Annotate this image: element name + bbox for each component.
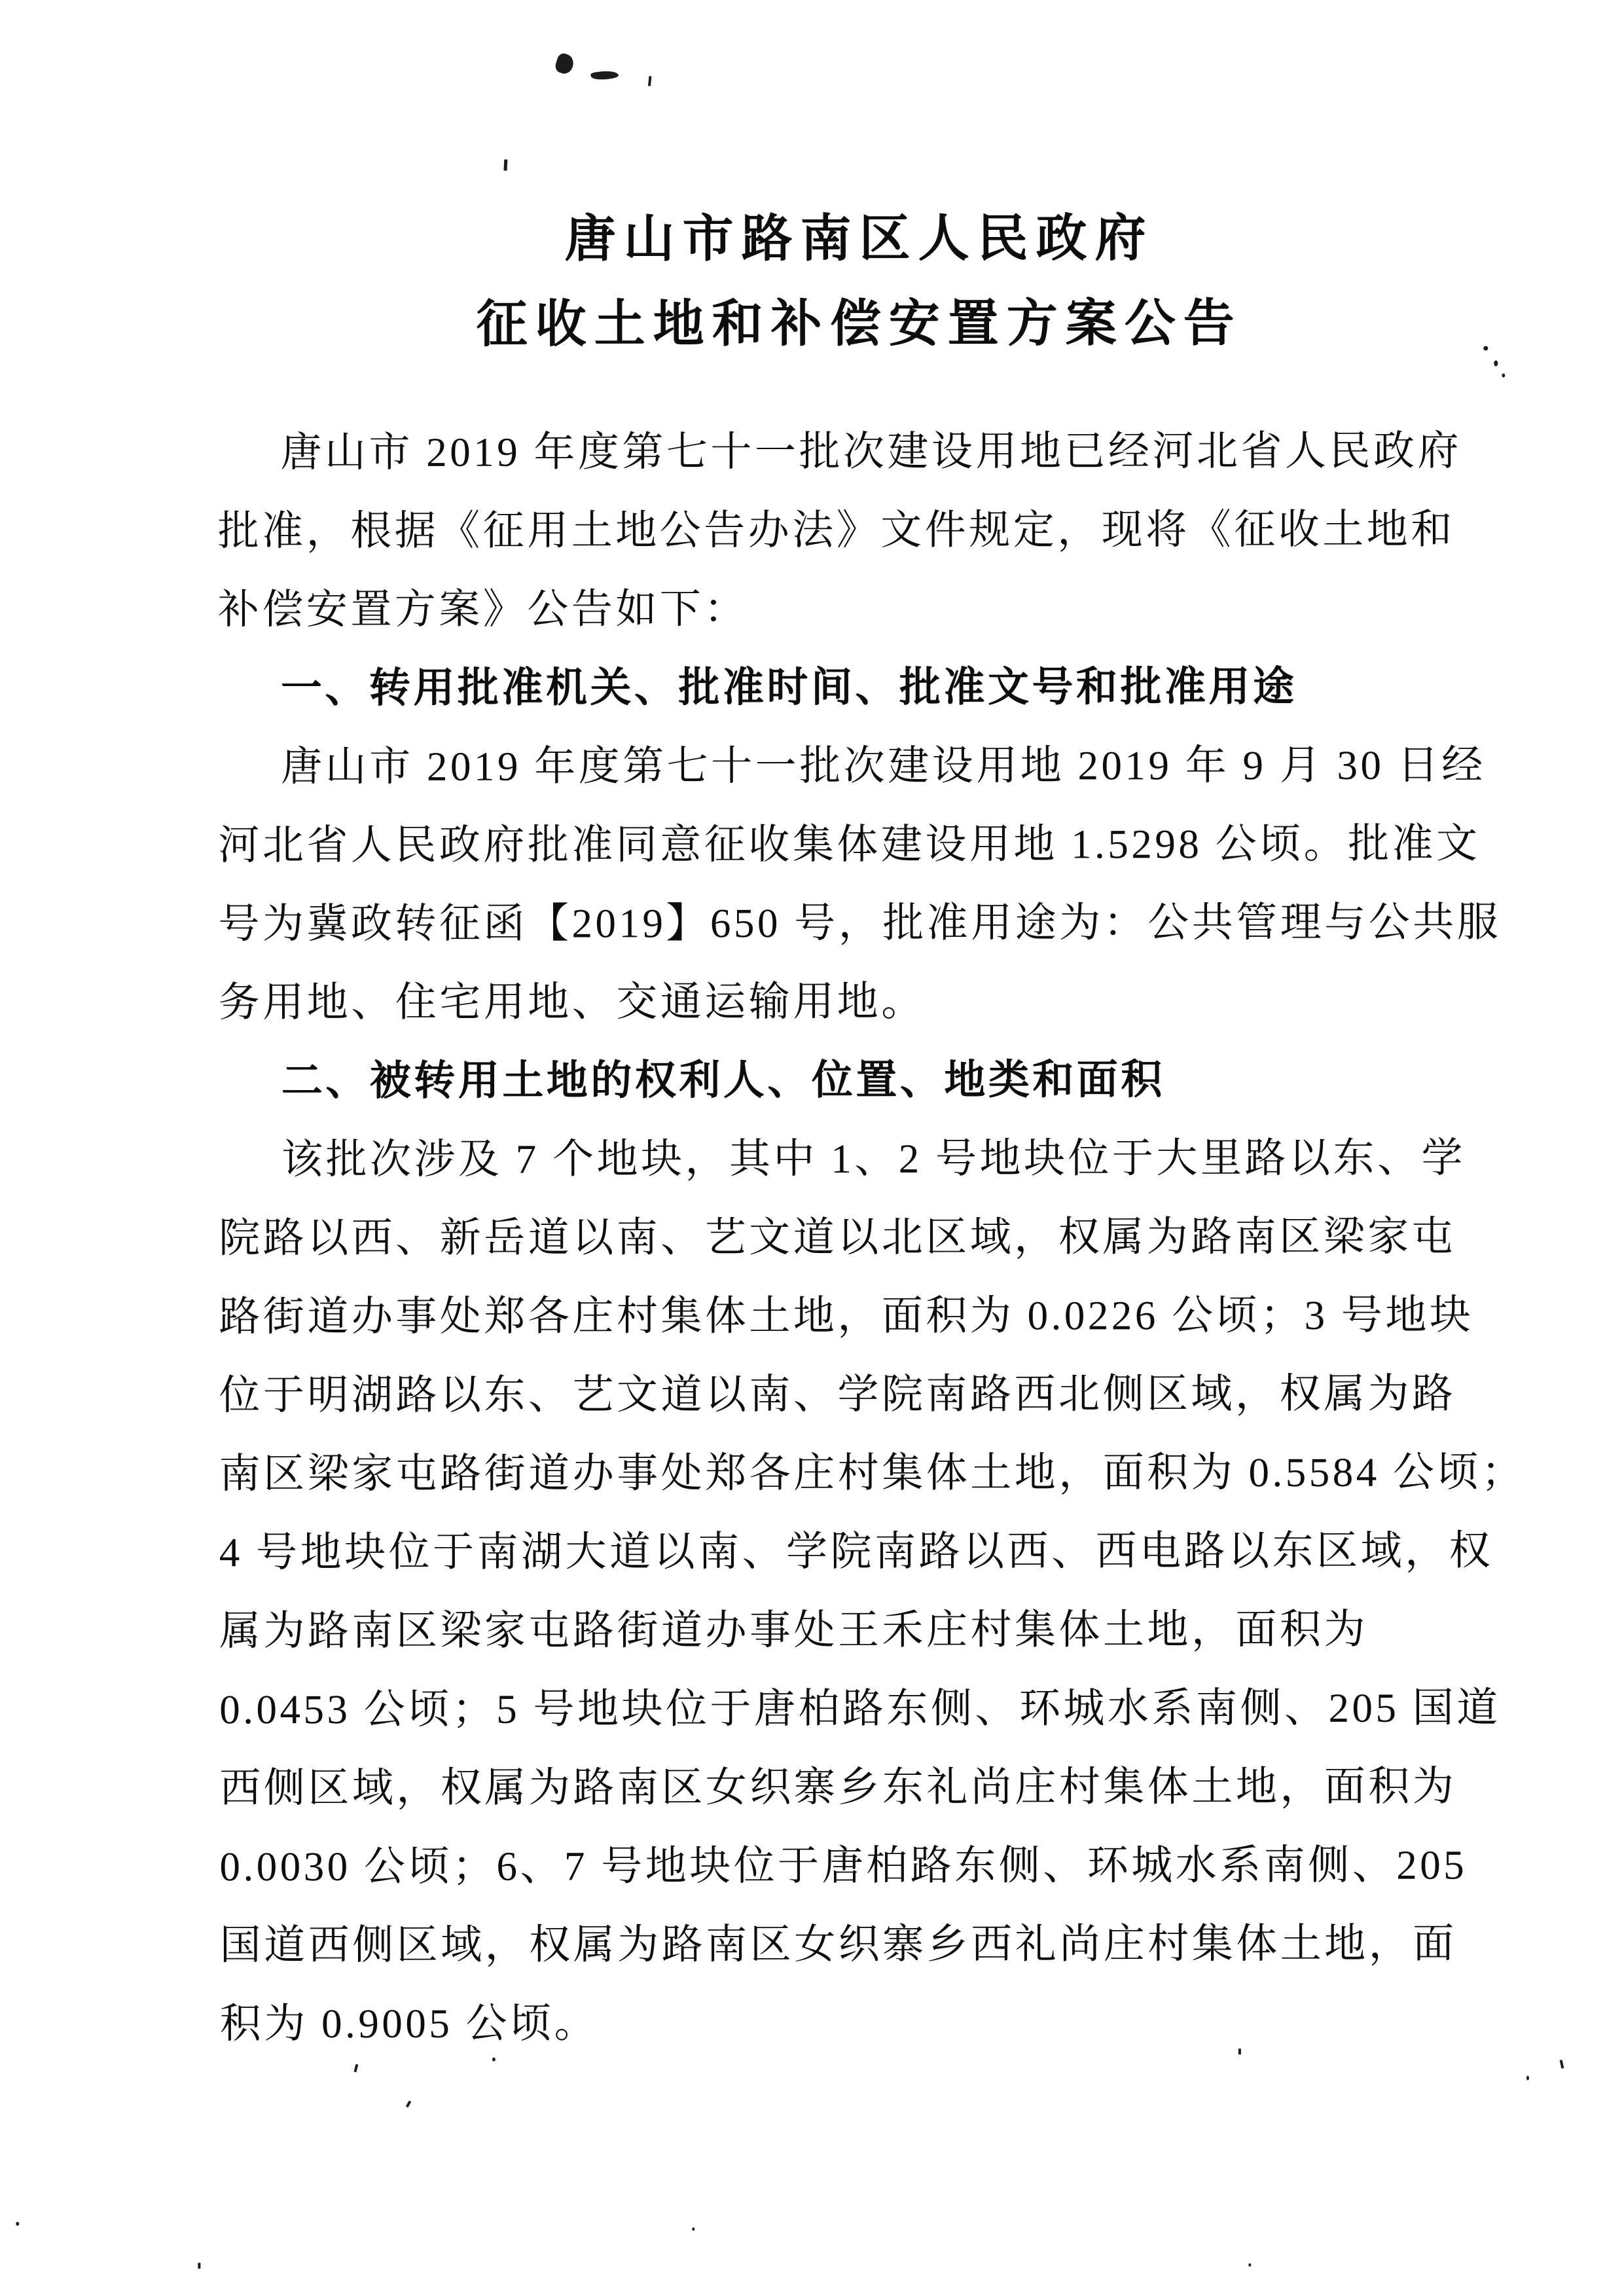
document-line: 院路以西、新岳道以南、艺文道以北区域，权属为路南区梁家屯 [219,1197,1493,1278]
document-line: 积为 0.9005 公顷。 [220,1983,1494,2064]
document-line: 号为冀政转征函【2019】650 号，批准用途为：公共管理与公共服 [218,883,1492,964]
document-line: 批准，根据《征用土地公告办法》文件规定，现将《征收土地和 [218,490,1492,571]
document-line: 国道西侧区域，权属为路南区女织寨乡西礼尚庄村集体土地，面 [220,1904,1494,1985]
document-line: 0.0453 公顷；5 号地块位于唐柏路东侧、环城水系南侧、205 国道 [219,1669,1494,1749]
document-line: 位于明湖路以东、艺文道以南、学院南路西北侧区域，权属为路 [219,1355,1493,1435]
scan-noise-speck [554,52,576,76]
document-line: 唐山市 2019 年度第七十一批次建设用地已经河北省人民政府 [217,412,1492,492]
scan-noise-speck [1248,2263,1251,2267]
scan-noise-speck [1560,2060,1564,2069]
document-line: 西侧区域，权属为路南区女织寨乡东礼尚庄村集体土地，面积为 [219,1747,1494,1828]
scan-content: 唐山市路南区人民政府 征收土地和补偿安置方案公告 唐山市 2019 年度第七十一… [0,0,1624,2296]
section-heading-2: 二、被转用土地的权利人、位置、地类和面积 [219,1040,1493,1121]
document-title-line-2: 征收土地和补偿安置方案公告 [257,281,1462,368]
scan-noise-speck [590,69,619,82]
scan-noise-speck [406,2101,411,2108]
scan-noise-speck [1494,361,1498,367]
document-line: 0.0030 公顷；6、7 号地块位于唐柏路东侧、环城水系南侧、205 [219,1826,1494,1906]
document-line: 河北省人民政府批准同意征收集体建设用地 1.5298 公顷。批准文 [218,805,1492,885]
scan-noise-speck [1502,374,1505,378]
scan-noise-speck [354,2064,359,2073]
scanned-document-page: 唐山市路南区人民政府 征收土地和补偿安置方案公告 唐山市 2019 年度第七十一… [0,0,1624,2296]
scan-noise-speck [1526,2075,1529,2080]
scan-noise-speck [492,2058,496,2062]
document-line: 路街道办事处郑各庄村集体土地，面积为 0.0226 公顷；3 号地块 [219,1276,1493,1357]
document-body: 唐山市 2019 年度第七十一批次建设用地已经河北省人民政府 批准，根据《征用土… [217,412,1494,2064]
scan-noise-speck [1483,346,1488,351]
scan-noise-speck [1238,2049,1241,2054]
document-line: 属为路南区梁家屯路街道办事处王禾庄村集体土地，面积为 [219,1590,1494,1671]
scan-noise-speck [16,2222,19,2226]
document-line: 唐山市 2019 年度第七十一批次建设用地 2019 年 9 月 30 日经 [218,726,1492,807]
document-title-line-1: 唐山市路南区人民政府 [257,196,1462,283]
document-line: 补偿安置方案》公告如下： [218,569,1492,649]
section-heading-1: 一、转用批准机关、批准时间、批准文号和批准用途 [218,647,1492,728]
document-line: 4 号地块位于南湖大道以南、学院南路以西、西电路以东区域，权 [219,1512,1494,1592]
document-line: 南区梁家屯路街道办事处郑各庄村集体土地，面积为 0.5584 公顷； [219,1433,1494,1514]
document-title: 唐山市路南区人民政府 征收土地和补偿安置方案公告 [217,196,1462,368]
scan-noise-speck [503,160,507,171]
scan-noise-speck [648,76,652,86]
scan-noise-speck [692,2227,695,2231]
scan-noise-speck [198,2263,200,2269]
document-line: 务用地、住宅用地、交通运输用地。 [219,962,1493,1042]
document-line: 该批次涉及 7 个地块，其中 1、2 号地块位于大里路以东、学 [219,1119,1493,1199]
